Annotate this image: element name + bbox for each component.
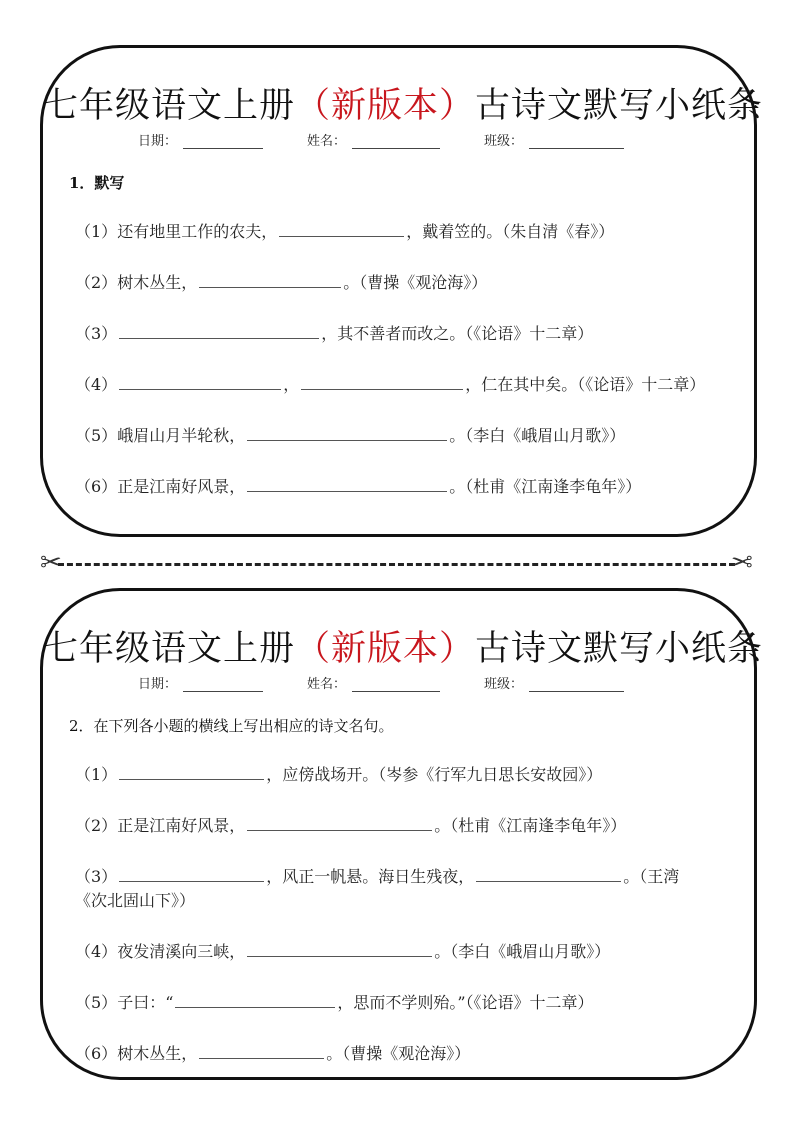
answer-blank[interactable]: [247, 473, 447, 492]
item-text: 正是江南好风景，: [117, 816, 245, 835]
list-item: （3），风正一帆悬。海日生残夜，。（王湾《次北固山下》）: [69, 863, 705, 913]
item-number: （1）: [75, 765, 117, 784]
title-prefix: 七年级语文上册: [43, 86, 295, 126]
list-item: （1），应傍战场开。（岑参《行军九日思长安故园》）: [75, 761, 734, 787]
name-field[interactable]: 姓名：: [307, 130, 440, 149]
item-number: （4）: [75, 942, 117, 961]
item-text: 树木丛生，: [117, 1044, 197, 1063]
item-text: 。（杜甫《江南逢李龟年》）: [449, 477, 641, 496]
item-text: 夜发清溪向三峡，: [117, 942, 245, 961]
question-list: （1）还有地里工作的农夫，，戴着笠的。（朱自清《春》） （2）树木丛生，。（曹操…: [75, 218, 734, 524]
item-number: （2）: [75, 273, 117, 292]
answer-blank[interactable]: [175, 989, 335, 1008]
list-item: （6）树木丛生，。（曹操《观沧海》）: [75, 1040, 734, 1066]
name-blank[interactable]: [352, 136, 440, 149]
date-blank[interactable]: [183, 136, 263, 149]
date-label: 日期：: [138, 673, 177, 692]
name-blank[interactable]: [352, 679, 440, 692]
list-item: （4）夜发清溪向三峡，。（李白《峨眉山月歌》）: [75, 938, 734, 964]
item-text: 正是江南好风景，: [117, 477, 245, 496]
answer-blank[interactable]: [301, 371, 463, 390]
item-text: 。（李白《峨眉山月歌》）: [434, 942, 610, 961]
title-suffix: 古诗文默写小纸条: [475, 629, 763, 669]
item-text: ，应傍战场开。（岑参《行军九日思长安故园》）: [266, 765, 602, 784]
item-text: 。（李白《峨眉山月歌》）: [449, 426, 625, 445]
item-number: （6）: [75, 477, 117, 496]
item-text: ，其不善者而改之。（《论语》十二章）: [321, 324, 593, 343]
answer-blank[interactable]: [119, 863, 264, 882]
card-title: 七年级语文上册（新版本）古诗文默写小纸条: [43, 78, 754, 128]
item-number: （3）: [75, 867, 117, 886]
list-item: （5）子曰：“，思而不学则殆。”（《论语》十二章）: [75, 989, 734, 1015]
item-text: 。（曹操《观沧海》）: [343, 273, 487, 292]
scissors-icon: ✂: [731, 548, 753, 578]
answer-blank[interactable]: [279, 218, 404, 237]
name-label: 姓名：: [307, 130, 346, 149]
name-field[interactable]: 姓名：: [307, 673, 440, 692]
item-text: 。（杜甫《江南逢李龟年》）: [434, 816, 626, 835]
class-field[interactable]: 班级：: [484, 673, 624, 692]
item-number: （6）: [75, 1044, 117, 1063]
answer-blank[interactable]: [119, 761, 264, 780]
item-text: 。（曹操《观沧海》）: [326, 1044, 470, 1063]
list-item: （6）正是江南好风景，。（杜甫《江南逢李龟年》）: [75, 473, 734, 499]
answer-blank[interactable]: [199, 1040, 324, 1059]
answer-blank[interactable]: [247, 812, 432, 831]
answer-blank[interactable]: [119, 371, 281, 390]
item-number: （1）: [75, 222, 117, 241]
title-edition: （新版本）: [295, 86, 475, 126]
title-prefix: 七年级语文上册: [43, 629, 295, 669]
list-item: （1）还有地里工作的农夫，，戴着笠的。（朱自清《春》）: [75, 218, 734, 244]
list-item: （5）峨眉山月半轮秋，。（李白《峨眉山月歌》）: [75, 422, 734, 448]
title-edition: （新版本）: [295, 629, 475, 669]
question-list: （1），应傍战场开。（岑参《行军九日思长安故园》） （2）正是江南好风景，。（杜…: [75, 761, 734, 1091]
header-fields: 日期： 姓名： 班级：: [138, 673, 674, 692]
list-item: （3），其不善者而改之。（《论语》十二章）: [75, 320, 734, 346]
card-title: 七年级语文上册（新版本）古诗文默写小纸条: [43, 621, 754, 671]
date-label: 日期：: [138, 130, 177, 149]
item-text: ，思而不学则殆。”（《论语》十二章）: [337, 993, 593, 1012]
worksheet-card-2: 七年级语文上册（新版本）古诗文默写小纸条 日期： 姓名： 班级： 2．在下列各小…: [40, 588, 757, 1080]
list-item: （2）树木丛生，。（曹操《观沧海》）: [75, 269, 734, 295]
item-text: 还有地里工作的农夫，: [117, 222, 277, 241]
answer-blank[interactable]: [247, 938, 432, 957]
item-number: （5）: [75, 426, 117, 445]
answer-blank[interactable]: [119, 320, 319, 339]
answer-blank[interactable]: [199, 269, 341, 288]
item-text: 峨眉山月半轮秋，: [117, 426, 245, 445]
list-item: （4），，仁在其中矣。（《论语》十二章）: [75, 371, 734, 397]
header-fields: 日期： 姓名： 班级：: [138, 130, 674, 149]
item-text: ，风正一帆悬。海日生残夜，: [266, 867, 474, 886]
date-blank[interactable]: [183, 679, 263, 692]
title-suffix: 古诗文默写小纸条: [475, 86, 763, 126]
item-number: （4）: [75, 375, 117, 394]
class-field[interactable]: 班级：: [484, 130, 624, 149]
class-label: 班级：: [484, 130, 523, 149]
item-number: （5）: [75, 993, 117, 1012]
name-label: 姓名：: [307, 673, 346, 692]
class-blank[interactable]: [529, 136, 624, 149]
class-label: 班级：: [484, 673, 523, 692]
item-text: 树木丛生，: [117, 273, 197, 292]
answer-blank[interactable]: [476, 863, 621, 882]
item-number: （3）: [75, 324, 117, 343]
item-text: ，仁在其中矣。（《论语》十二章）: [465, 375, 705, 394]
item-text: ，: [283, 375, 299, 394]
cut-line: [58, 563, 735, 566]
class-blank[interactable]: [529, 679, 624, 692]
question-heading: 2．在下列各小题的横线上写出相应的诗文名句。: [69, 715, 394, 736]
question-heading: 1．默写: [69, 172, 124, 193]
item-text: ，戴着笠的。（朱自清《春》）: [406, 222, 614, 241]
date-field[interactable]: 日期：: [138, 130, 263, 149]
item-number: （2）: [75, 816, 117, 835]
date-field[interactable]: 日期：: [138, 673, 263, 692]
worksheet-card-1: 七年级语文上册（新版本）古诗文默写小纸条 日期： 姓名： 班级： 1．默写 （1…: [40, 45, 757, 537]
list-item: （2）正是江南好风景，。（杜甫《江南逢李龟年》）: [75, 812, 734, 838]
item-text: 子曰：“: [117, 993, 173, 1012]
answer-blank[interactable]: [247, 422, 447, 441]
